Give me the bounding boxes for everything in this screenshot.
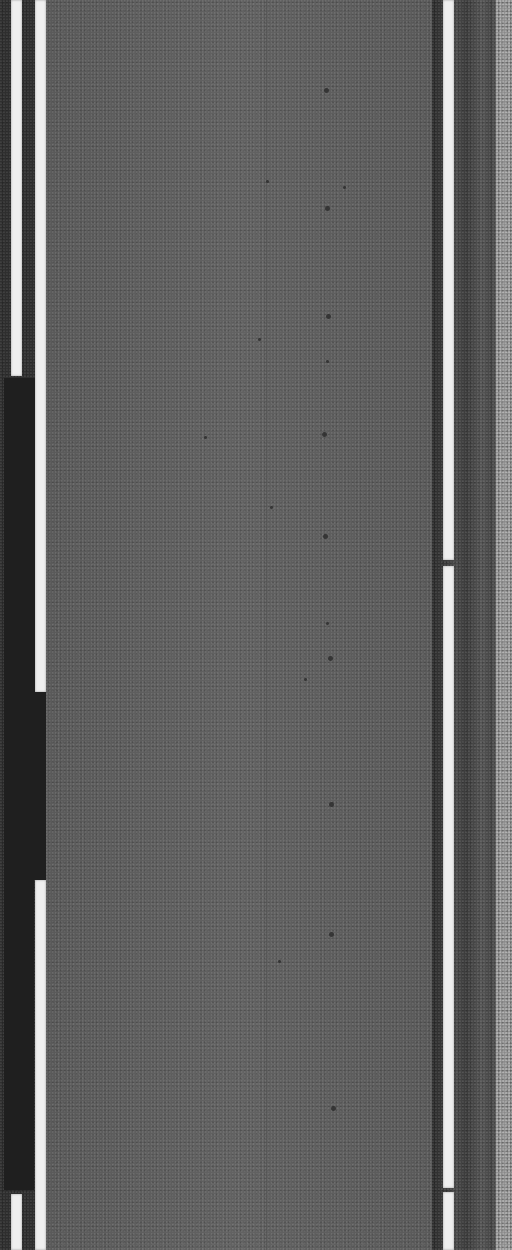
oil-spot xyxy=(270,506,273,509)
oil-spot xyxy=(328,656,333,661)
oil-spot xyxy=(304,678,307,681)
oil-spot xyxy=(266,180,269,183)
oil-spot xyxy=(204,436,207,439)
lane-marking-right-edge xyxy=(443,566,454,1188)
dark-patch xyxy=(4,880,34,1190)
lane-marking-right-edge xyxy=(443,1192,454,1250)
asphalt-lane xyxy=(46,0,432,1250)
lane-marking-left-edge xyxy=(35,880,46,1250)
lane-marking-left-inner xyxy=(11,0,22,376)
oil-spot xyxy=(325,206,330,211)
oil-spot xyxy=(278,960,281,963)
dark-patch xyxy=(4,694,46,880)
oil-spot xyxy=(326,622,329,625)
lane-marking-left-inner xyxy=(11,1194,22,1250)
oil-spot xyxy=(323,534,328,539)
oil-spot xyxy=(329,802,334,807)
lane-marking-right-edge xyxy=(443,0,454,560)
oil-spot xyxy=(326,360,329,363)
curb xyxy=(496,0,512,1250)
oil-spot xyxy=(331,1106,336,1111)
oil-spot xyxy=(258,338,261,341)
pavement-seam xyxy=(266,0,267,1250)
oil-spot xyxy=(326,314,331,319)
oil-spot xyxy=(343,186,346,189)
oil-spot xyxy=(324,88,329,93)
oil-spot xyxy=(322,432,327,437)
oil-spot xyxy=(329,932,334,937)
lane-marking-left-edge xyxy=(35,0,46,692)
road-aerial-image xyxy=(0,0,512,1250)
